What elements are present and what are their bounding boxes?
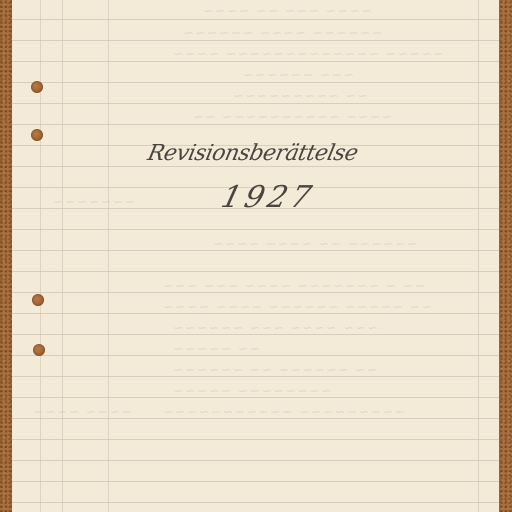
margin-line [108,0,109,512]
show-through-text: ~~~~~ ~~~~~~~~~~~~~ ~~~~ [172,47,444,62]
binder-hole [31,129,43,141]
show-through-text: ~~ ~ ~~~~~~~ ~~~~ ~~~ ~~~ [162,279,426,294]
show-through-text: ~~~~~~~ [52,195,135,210]
show-through-text: ~~ ~~~~~~ ~~ ~~~~~~ [172,363,378,378]
binder-hole [31,81,43,93]
show-through-text: ~~~ ~~~~ ~~~ ~~~~~~ [172,321,378,336]
show-through-text: ~~~~~~ ~~~~ ~~~~~~ [182,26,383,41]
show-through-text: ~~~~~~~~ ~~~~~ [172,384,332,399]
show-through-text: ~~~ ~~~~~~ [242,68,354,83]
document-year: 1927 [218,180,319,215]
ledger-page: ~~~~ ~~~ ~~ ~~~~ ~~~~~~ ~~~~ ~~~~~~ ~~~~… [12,0,499,512]
show-through-text: ~~~~ ~~~~~~~~~~ ~~ [192,110,393,125]
show-through-text: ~~~~~~~~~ ~~~~~~~~~~~ [162,405,405,420]
margin-line [62,0,63,512]
binder-hole [33,344,45,356]
show-through-text: ~~~~ ~~~~ [32,405,132,420]
binder-hole [32,294,44,306]
show-through-text: ~~~~ ~~~ ~~ ~~~~ [202,4,372,19]
margin-line [40,0,41,512]
document-title: Revisionsberättelse [145,141,360,166]
show-through-text: ~~ ~~~~~ [172,342,260,357]
show-through-text: ~~ ~~~~~~~~~ [232,89,368,104]
show-through-text: ~~ ~~~~~ ~~~~~~ ~~~~ ~~~~ [162,300,432,315]
show-through-text: ~~~~~~ ~~ ~~~~ ~~~~ [212,237,418,252]
margin-line [478,0,479,512]
